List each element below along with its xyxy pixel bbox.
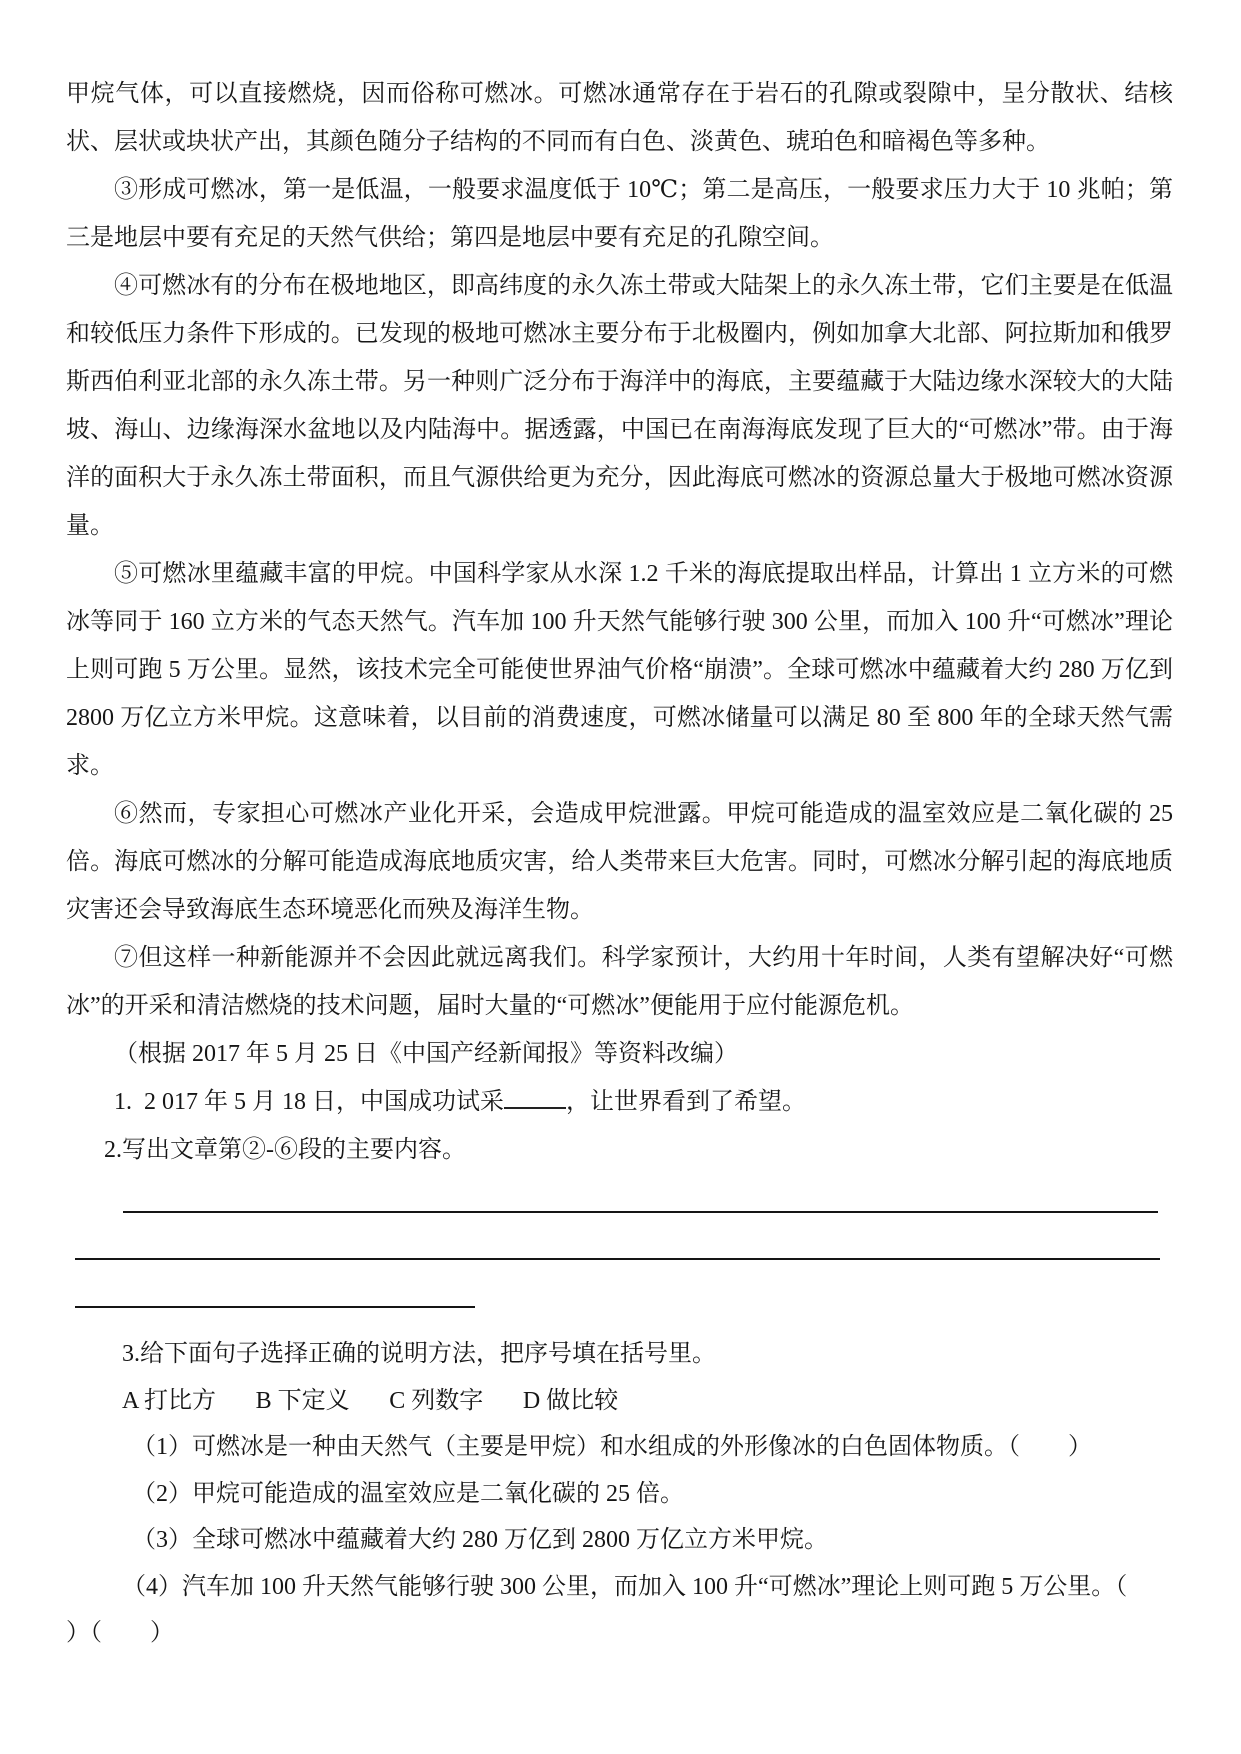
question-3-item-3: （3）全球可燃冰中蕴藏着大约 280 万亿到 2800 万亿立方米甲烷。	[66, 1517, 1173, 1564]
question-3-block: 3.给下面句子选择正确的说明方法，把序号填在括号里。 A 打比方B 下定义C 列…	[66, 1331, 1173, 1657]
question-3-item-2: （2）甲烷可能造成的温室效应是二氧化碳的 25 倍。	[66, 1471, 1173, 1518]
questions-section: 1. 2 017 年 5 月 18 日，中国成功试采，让世界看到了希望。 2.写…	[66, 1078, 1173, 1657]
option-a: A 打比方	[122, 1388, 216, 1414]
paragraph-4: ④可燃冰有的分布在极地地区，即高纬度的永久冻土带或大陆架上的永久冻土带，它们主要…	[66, 262, 1173, 550]
question-2: 2.写出文章第②-⑥段的主要内容。	[66, 1126, 1173, 1174]
worksheet-page: 甲烷气体，可以直接燃烧，因而俗称可燃冰。可燃冰通常存在于岩石的孔隙或裂隙中，呈分…	[0, 0, 1241, 1754]
option-c: C 列数字	[389, 1388, 483, 1414]
paragraph-7: ⑦但这样一种新能源并不会因此就远离我们。科学家预计，大约用十年时间，人类有望解决…	[66, 934, 1173, 1030]
paragraph-5: ⑤可燃冰里蕴藏丰富的甲烷。中国科学家从水深 1.2 千米的海底提取出样品，计算出…	[66, 550, 1173, 790]
option-d: D 做比较	[523, 1388, 618, 1414]
question-3-item-4-overflow: ）（ ）	[66, 1610, 1173, 1657]
question-2-answer-area	[66, 1211, 1173, 1308]
paragraph-2-continuation: 甲烷气体，可以直接燃烧，因而俗称可燃冰。可燃冰通常存在于岩石的孔隙或裂隙中，呈分…	[66, 70, 1173, 166]
question-1: 1. 2 017 年 5 月 18 日，中国成功试采，让世界看到了希望。	[66, 1078, 1173, 1126]
question-1-prefix: 1. 2 017 年 5 月 18 日，中国成功试采	[114, 1089, 504, 1115]
answer-line[interactable]	[75, 1306, 475, 1308]
question-3-item-4: （4）汽车加 100 升天然气能够行驶 300 公里，而加入 100 升“可燃冰…	[66, 1564, 1173, 1611]
question-3-item-1: （1）可燃冰是一种由天然气（主要是甲烷）和水组成的外形像冰的白色固体物质。（ ）	[66, 1424, 1173, 1471]
question-3-options: A 打比方B 下定义C 列数字D 做比较	[66, 1378, 1173, 1425]
question-1-suffix: ，让世界看到了希望。	[566, 1089, 806, 1115]
article-body: 甲烷气体，可以直接燃烧，因而俗称可燃冰。可燃冰通常存在于岩石的孔隙或裂隙中，呈分…	[66, 70, 1173, 1078]
paragraph-3: ③形成可燃冰，第一是低温，一般要求温度低于 10℃；第二是高压，一般要求压力大于…	[66, 166, 1173, 262]
answer-line[interactable]	[123, 1211, 1158, 1213]
source-note: （根据 2017 年 5 月 25 日《中国产经新闻报》等资料改编）	[66, 1030, 1173, 1078]
question-3: 3.给下面句子选择正确的说明方法，把序号填在括号里。	[66, 1331, 1173, 1378]
question-1-answer-blank[interactable]	[504, 1083, 566, 1109]
answer-line[interactable]	[75, 1258, 1160, 1260]
paragraph-6: ⑥然而，专家担心可燃冰产业化开采，会造成甲烷泄露。甲烷可能造成的温室效应是二氧化…	[66, 790, 1173, 934]
option-b: B 下定义	[256, 1388, 350, 1414]
